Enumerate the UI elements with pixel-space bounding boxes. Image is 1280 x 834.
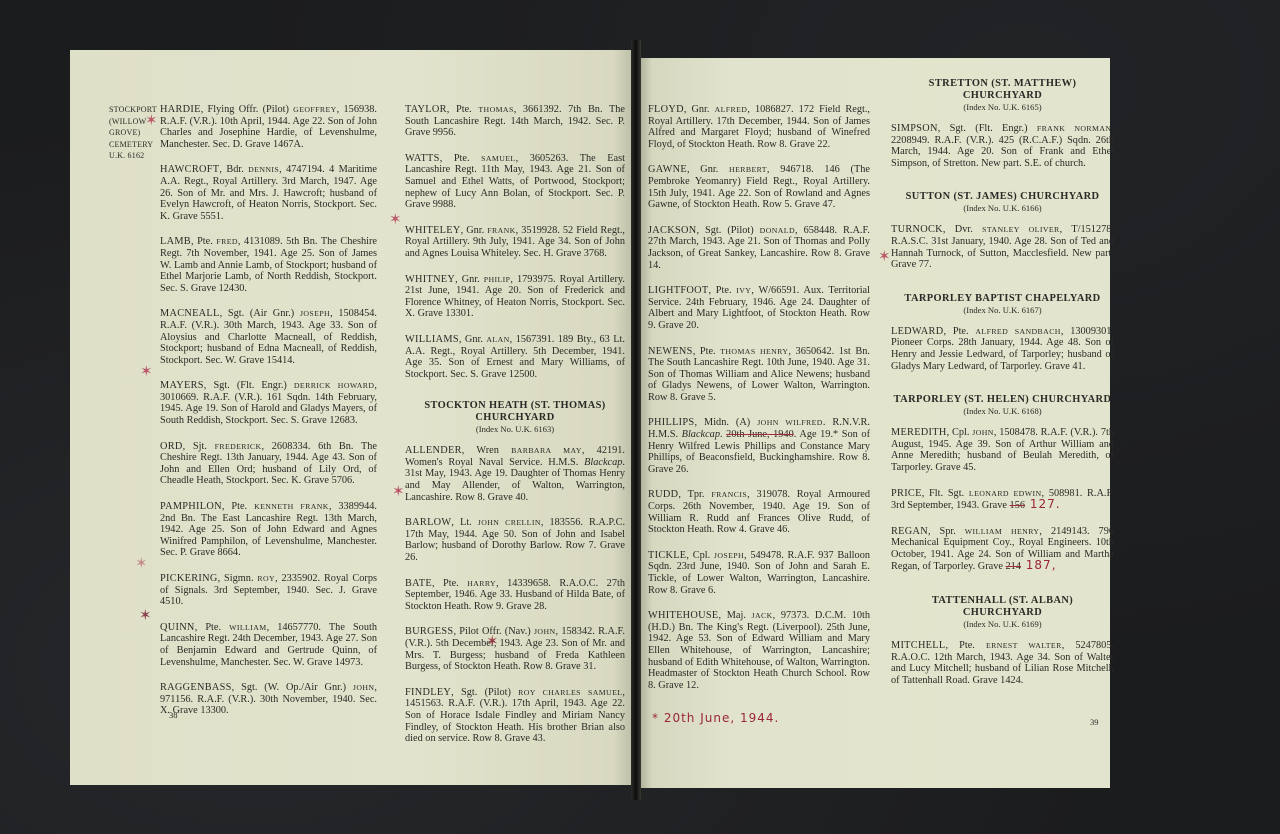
margin-star-mark: ✶ — [140, 364, 153, 379]
entry-surname: HARDIE — [160, 104, 201, 115]
memorial-entry: BARLOW, Lt. JOHN CRELLIN, 183556. R.A.P.… — [405, 517, 625, 563]
entry-rank: , Sgt. (Air Gnr.) — [220, 308, 300, 319]
entry-given-names: THOMAS HENRY — [720, 347, 788, 356]
memorial-entry: HARDIE, Flying Offr. (Pilot) GEOFFREY, 1… — [160, 104, 377, 150]
memorial-entry: SIMPSON, Sgt. (Flt. Engr.) FRANK NORMAN,… — [891, 123, 1114, 169]
entry-given-names: SAMUEL — [481, 154, 515, 163]
memorial-entry: MEREDITH, Cpl. JOHN, 1508478. R.A.F. (V.… — [891, 427, 1114, 473]
memorial-entry: FLOYD, Gnr. ALFRED, 1086827. 172 Field R… — [648, 104, 870, 150]
entry-given-names: WILLIAM HENRY — [965, 527, 1040, 536]
entry-rank: , Sgt. (Flt. Engr.) — [938, 123, 1037, 134]
entry-surname: QUINN — [160, 622, 195, 633]
entry-rank: , Tpr. — [678, 489, 711, 500]
memorial-entry: FINDLEY, Sgt. (Pilot) ROY CHARLES SAMUEL… — [405, 687, 625, 745]
section-index: (Index No. U.K. 6167) — [891, 305, 1114, 316]
section-title: CHURCHYARD — [405, 412, 625, 424]
entry-rank: , Lt. — [451, 517, 477, 528]
entry-given-names: JOHN — [353, 683, 375, 692]
entry-given-names: DENNIS — [248, 165, 279, 174]
section-title: CHURCHYARD — [891, 90, 1114, 102]
entry-text: , 97373. D.C.M. 10th (H.D.) Bn. The King… — [648, 610, 870, 691]
memorial-entry: WHITELEY, Gnr. FRANK, 3519928. 52 Field … — [405, 225, 625, 260]
entry-surname: TURNOCK — [891, 224, 943, 235]
entry-given-names: JOHN — [972, 428, 994, 437]
entry-rank: , Gnr. — [687, 164, 729, 175]
entry-surname: BARLOW — [405, 517, 451, 528]
entry-given-names: FREDERICK — [215, 442, 262, 451]
section-heading-stockton-heath: STOCKTON HEATH (ST. THOMAS) CHURCHYARD (… — [405, 400, 625, 435]
memorial-entry: PAMPHILON, Pte. KENNETH FRANK, 3389944. … — [160, 501, 377, 559]
entry-rank: , Gnr. — [455, 274, 484, 285]
memorial-entry: WHITEHOUSE, Maj. JACK, 97373. D.C.M. 10t… — [648, 610, 870, 691]
entry-ship-name: Blackcap — [584, 457, 622, 468]
memorial-entry: MITCHELL, Pte. ERNEST WALTER, 5247805. R… — [891, 640, 1114, 686]
handwritten-footnote: * 20th June, 1944. — [652, 711, 779, 725]
column-3: FLOYD, Gnr. ALFRED, 1086827. 172 Field R… — [648, 104, 870, 705]
entry-surname: ORD — [160, 441, 183, 452]
section-heading: TARPORLEY BAPTIST CHAPELYARD(Index No. U… — [891, 293, 1114, 316]
memorial-entry: PICKERING, Sigmn. ROY, 2335902. Royal Co… — [160, 573, 377, 608]
entry-surname: PHILLIPS — [648, 417, 694, 428]
section-heading: STRETTON (ST. MATTHEW)CHURCHYARD(Index N… — [891, 78, 1114, 113]
entry-surname: JACKSON — [648, 225, 696, 236]
entry-surname: RUDD — [648, 489, 678, 500]
entry-given-names: IVY — [736, 286, 751, 295]
column-2: TAYLOR, Pte. THOMAS, 3661392. 7th Bn. Th… — [405, 104, 625, 759]
entry-given-names: BARBARA MAY — [511, 446, 582, 455]
entry-rank: , Flying Offr. (Pilot) — [201, 104, 293, 115]
entry-handwritten-correction: 187, — [1021, 558, 1057, 572]
entry-surname: TAYLOR — [405, 104, 447, 115]
column-4: STRETTON (ST. MATTHEW)CHURCHYARD(Index N… — [891, 78, 1114, 700]
entry-rank: , Pte. — [195, 622, 229, 633]
entry-surname: NEWENS — [648, 346, 693, 357]
section-title: TARPORLEY (ST. HELEN) CHURCHYARD — [891, 394, 1114, 406]
section-index: (Index No. U.K. 6168) — [891, 406, 1114, 417]
entry-given-names: KENNETH FRANK — [254, 502, 329, 511]
entry-rank: , Pte. — [440, 153, 481, 164]
page-number-left: 38 — [169, 710, 178, 720]
memorial-entry: RAGGENBASS, Sgt. (W. Op./Air Gnr.) JOHN,… — [160, 682, 377, 717]
entry-given-names: GEOFFREY — [293, 105, 337, 114]
entry-rank: , Sigmn. — [218, 573, 258, 584]
entry-surname: REGAN — [891, 526, 928, 537]
entry-surname: LAMB — [160, 236, 191, 247]
memorial-entry: MAYERS, Sgt. (Flt. Engr.) DERRICK HOWARD… — [160, 380, 377, 426]
entry-ship-name: Blackcap — [682, 429, 720, 440]
memorial-entry: JACKSON, Sgt. (Pilot) DONALD, 658448. R.… — [648, 225, 870, 271]
section-index: (Index No. U.K. 6166) — [891, 203, 1114, 214]
margin-star-mark: ✶ — [486, 634, 499, 649]
entry-struck-text: 156 — [1010, 500, 1025, 511]
entry-rank: , Pte. — [708, 285, 736, 296]
entry-given-names: FRANK NORMAN — [1037, 124, 1112, 133]
entry-rank: , Cpl. — [686, 550, 714, 561]
entry-surname: WATTS — [405, 153, 440, 164]
entry-given-names: HARRY — [467, 579, 496, 588]
section-title: STRETTON (ST. MATTHEW) — [891, 78, 1114, 90]
entry-rank: , Gnr. — [461, 225, 488, 236]
entry-rank: , Sgt. (W. Op./Air Gnr.) — [232, 682, 353, 693]
entry-struck-text: 20th June, 1940 — [726, 429, 794, 440]
entry-given-names: FRANCIS — [711, 490, 747, 499]
section-index: (Index No. U.K. 6163) — [405, 424, 625, 435]
memorial-entry: BURGESS, Pilot Offr. (Nav.) JOHN, 158342… — [405, 626, 625, 672]
memorial-entry: TAYLOR, Pte. THOMAS, 3661392. 7th Bn. Th… — [405, 104, 625, 139]
entry-rank: , Gnr. — [459, 334, 487, 345]
entry-given-names: ERNEST WALTER — [986, 641, 1062, 650]
entry-given-names: JOSEPH — [714, 551, 744, 560]
entry-surname: PICKERING — [160, 573, 218, 584]
entry-surname: MITCHELL — [891, 640, 945, 651]
section-heading: TARPORLEY (ST. HELEN) CHURCHYARD(Index N… — [891, 394, 1114, 417]
entry-rank: , Midn. (A) — [694, 417, 757, 428]
cemetery-label-line: U.K. 6162 — [109, 150, 159, 162]
entry-rank: , Cpl. — [947, 427, 973, 438]
entry-rank: , Sjt. — [183, 441, 215, 452]
entry-surname: SIMPSON — [891, 123, 938, 134]
entry-rank: , Pte. — [943, 326, 975, 337]
entry-surname: PAMPHILON — [160, 501, 222, 512]
entry-surname: PRICE — [891, 488, 922, 499]
section-index: (Index No. U.K. 6165) — [891, 102, 1114, 113]
entry-surname: RAGGENBASS — [160, 682, 232, 693]
margin-star-mark: ✶ — [389, 212, 402, 227]
entry-given-names: FRANK — [487, 226, 515, 235]
memorial-entry: ALLENDER, Wren BARBARA MAY, 42191. Women… — [405, 445, 625, 503]
entry-given-names: ALAN — [486, 335, 509, 344]
memorial-entry: WILLIAMS, Gnr. ALAN, 1567391. 189 Bty., … — [405, 334, 625, 380]
margin-star-mark: ✶ — [145, 113, 158, 128]
entry-rank: , Maj. — [719, 610, 752, 621]
entry-given-names: DERRICK HOWARD — [294, 381, 375, 390]
memorial-entry: LEDWARD, Pte. ALFRED SANDBACH, 13009301.… — [891, 326, 1114, 372]
section-title: TARPORLEY BAPTIST CHAPELYARD — [891, 293, 1114, 305]
cemetery-label-line: CEMETERY — [109, 139, 159, 151]
entry-surname: WILLIAMS — [405, 334, 459, 345]
margin-star-mark: ✶ — [392, 484, 405, 499]
entry-given-names: DONALD — [760, 226, 795, 235]
entry-given-names: JOHN — [534, 627, 556, 636]
entry-surname: LEDWARD — [891, 326, 943, 337]
entry-rank: , Pte. — [432, 578, 467, 589]
section-index: (Index No. U.K. 6169) — [891, 619, 1114, 630]
entry-rank: , Pte. — [693, 346, 721, 357]
entry-surname: LIGHTFOOT — [648, 285, 708, 296]
entry-given-names: WILLIAM — [229, 623, 266, 632]
entry-rank: , Flt. Sgt. — [922, 488, 969, 499]
section-heading: TATTENHALL (ST. ALBAN)CHURCHYARD(Index N… — [891, 595, 1114, 630]
memorial-entry: HAWCROFT, Bdr. DENNIS, 4747194. 4 Mariti… — [160, 164, 377, 222]
entry-surname: MACNEALL — [160, 308, 220, 319]
margin-star-mark: ✶ — [878, 249, 891, 264]
memorial-entry: LIGHTFOOT, Pte. IVY, W/66591. Aux. Terri… — [648, 285, 870, 331]
memorial-entry: TURNOCK, Dvr. STANLEY OLIVER, T/151278. … — [891, 224, 1114, 270]
margin-star-mark: ✶ — [135, 556, 148, 571]
column-2-entries: TAYLOR, Pte. THOMAS, 3661392. 7th Bn. Th… — [405, 104, 625, 380]
book-spine — [631, 40, 641, 800]
entry-rank: , Sgt. (Pilot) — [451, 687, 518, 698]
entry-rank: , Sgt. (Pilot) — [696, 225, 759, 236]
entry-surname: WHITEHOUSE — [648, 610, 719, 621]
entry-given-names: PHILIP — [484, 275, 511, 284]
entry-rank: , Dvr. — [943, 224, 982, 235]
section-title: TATTENHALL (ST. ALBAN) — [891, 595, 1114, 607]
entry-surname: HAWCROFT — [160, 164, 219, 175]
entry-surname: ALLENDER — [405, 445, 462, 456]
entry-given-names: THOMAS — [478, 105, 513, 114]
entry-given-names: JOHN WILFRED — [757, 418, 823, 427]
margin-star-mark: ✶ — [139, 608, 152, 623]
memorial-entry: REGAN, Spr. WILLIAM HENRY, 2149143. 796 … — [891, 526, 1114, 573]
memorial-entry: WHITNEY, Gnr. PHILIP, 1793975. Royal Art… — [405, 274, 625, 320]
entry-rank: , Bdr. — [219, 164, 248, 175]
section-heading: SUTTON (ST. JAMES) CHURCHYARD(Index No. … — [891, 191, 1114, 214]
entry-rank: , Gnr. — [684, 104, 715, 115]
entry-given-names: ROY CHARLES SAMUEL — [518, 688, 622, 697]
entry-handwritten-correction: 127. — [1025, 497, 1061, 511]
column-2b-entries: ALLENDER, Wren BARBARA MAY, 42191. Women… — [405, 445, 625, 744]
section-title: CHURCHYARD — [891, 607, 1114, 619]
memorial-entry: PRICE, Flt. Sgt. LEONARD EDWIN, 508981. … — [891, 488, 1114, 512]
entry-given-names: ALFRED SANDBACH — [975, 327, 1060, 336]
memorial-entry: LAMB, Pte. FRED, 4131089. 5th Bn. The Ch… — [160, 236, 377, 294]
column-1: HARDIE, Flying Offr. (Pilot) GEOFFREY, 1… — [160, 104, 377, 731]
entry-rank: , Pte. — [945, 640, 986, 651]
entry-surname: MEREDITH — [891, 427, 947, 438]
memorial-entry: RUDD, Tpr. FRANCIS, 319078. Royal Armour… — [648, 489, 870, 535]
memorial-entry: PHILLIPS, Midn. (A) JOHN WILFRED. R.N.V.… — [648, 417, 870, 475]
entry-surname: MAYERS — [160, 380, 204, 391]
entry-given-names: STANLEY OLIVER — [982, 225, 1060, 234]
memorial-entry: WATTS, Pte. SAMUEL, 3605263. The East La… — [405, 153, 625, 211]
memorial-entry: MACNEALL, Sgt. (Air Gnr.) JOSEPH, 150845… — [160, 308, 377, 366]
entry-surname: WHITELEY — [405, 225, 461, 236]
entry-rank: , Pte. — [447, 104, 479, 115]
section-title: SUTTON (ST. JAMES) CHURCHYARD — [891, 191, 1114, 203]
memorial-entry: TICKLE, Cpl. JOSEPH, 549478. R.A.F. 937 … — [648, 550, 870, 596]
entry-given-names: JACK — [752, 611, 773, 620]
entry-surname: GAWNE — [648, 164, 687, 175]
memorial-entry: ORD, Sjt. FREDERICK, 2608334. 6th Bn. Th… — [160, 441, 377, 487]
entry-surname: FINDLEY — [405, 687, 451, 698]
entry-given-names: JOHN CRELLIN — [478, 518, 541, 527]
entry-surname: BURGESS — [405, 626, 453, 637]
memorial-entry: NEWENS, Pte. THOMAS HENRY, 3650642. 1st … — [648, 346, 870, 404]
page-number-right: 39 — [1090, 717, 1099, 727]
entry-rank: , Pte. — [191, 236, 216, 247]
entry-given-names: ALFRED — [715, 105, 748, 114]
entry-surname: FLOYD — [648, 104, 684, 115]
entry-given-names: HERBERT — [729, 165, 767, 174]
entry-given-names: JOSEPH — [300, 309, 330, 318]
memorial-entry: GAWNE, Gnr. HERBERT, 946718. 146 (The Pe… — [648, 164, 870, 210]
entry-surname: TICKLE — [648, 550, 686, 561]
entry-given-names: FRED — [216, 237, 238, 246]
entry-rank: , Spr. — [928, 526, 965, 537]
entry-rank: , Sgt. (Flt. Engr.) — [204, 380, 294, 391]
memorial-entry: BATE, Pte. HARRY, 14339658. R.A.O.C. 27t… — [405, 578, 625, 613]
entry-surname: BATE — [405, 578, 432, 589]
entry-given-names: ROY — [257, 574, 275, 583]
memorial-entry: QUINN, Pte. WILLIAM, 14657770. The South… — [160, 622, 377, 668]
section-title: STOCKTON HEATH (ST. THOMAS) — [405, 400, 625, 412]
entry-surname: WHITNEY — [405, 274, 455, 285]
entry-struck-text: 214 — [1006, 561, 1021, 572]
entry-rank: , Pte. — [222, 501, 254, 512]
entry-rank: , Wren — [462, 445, 511, 456]
